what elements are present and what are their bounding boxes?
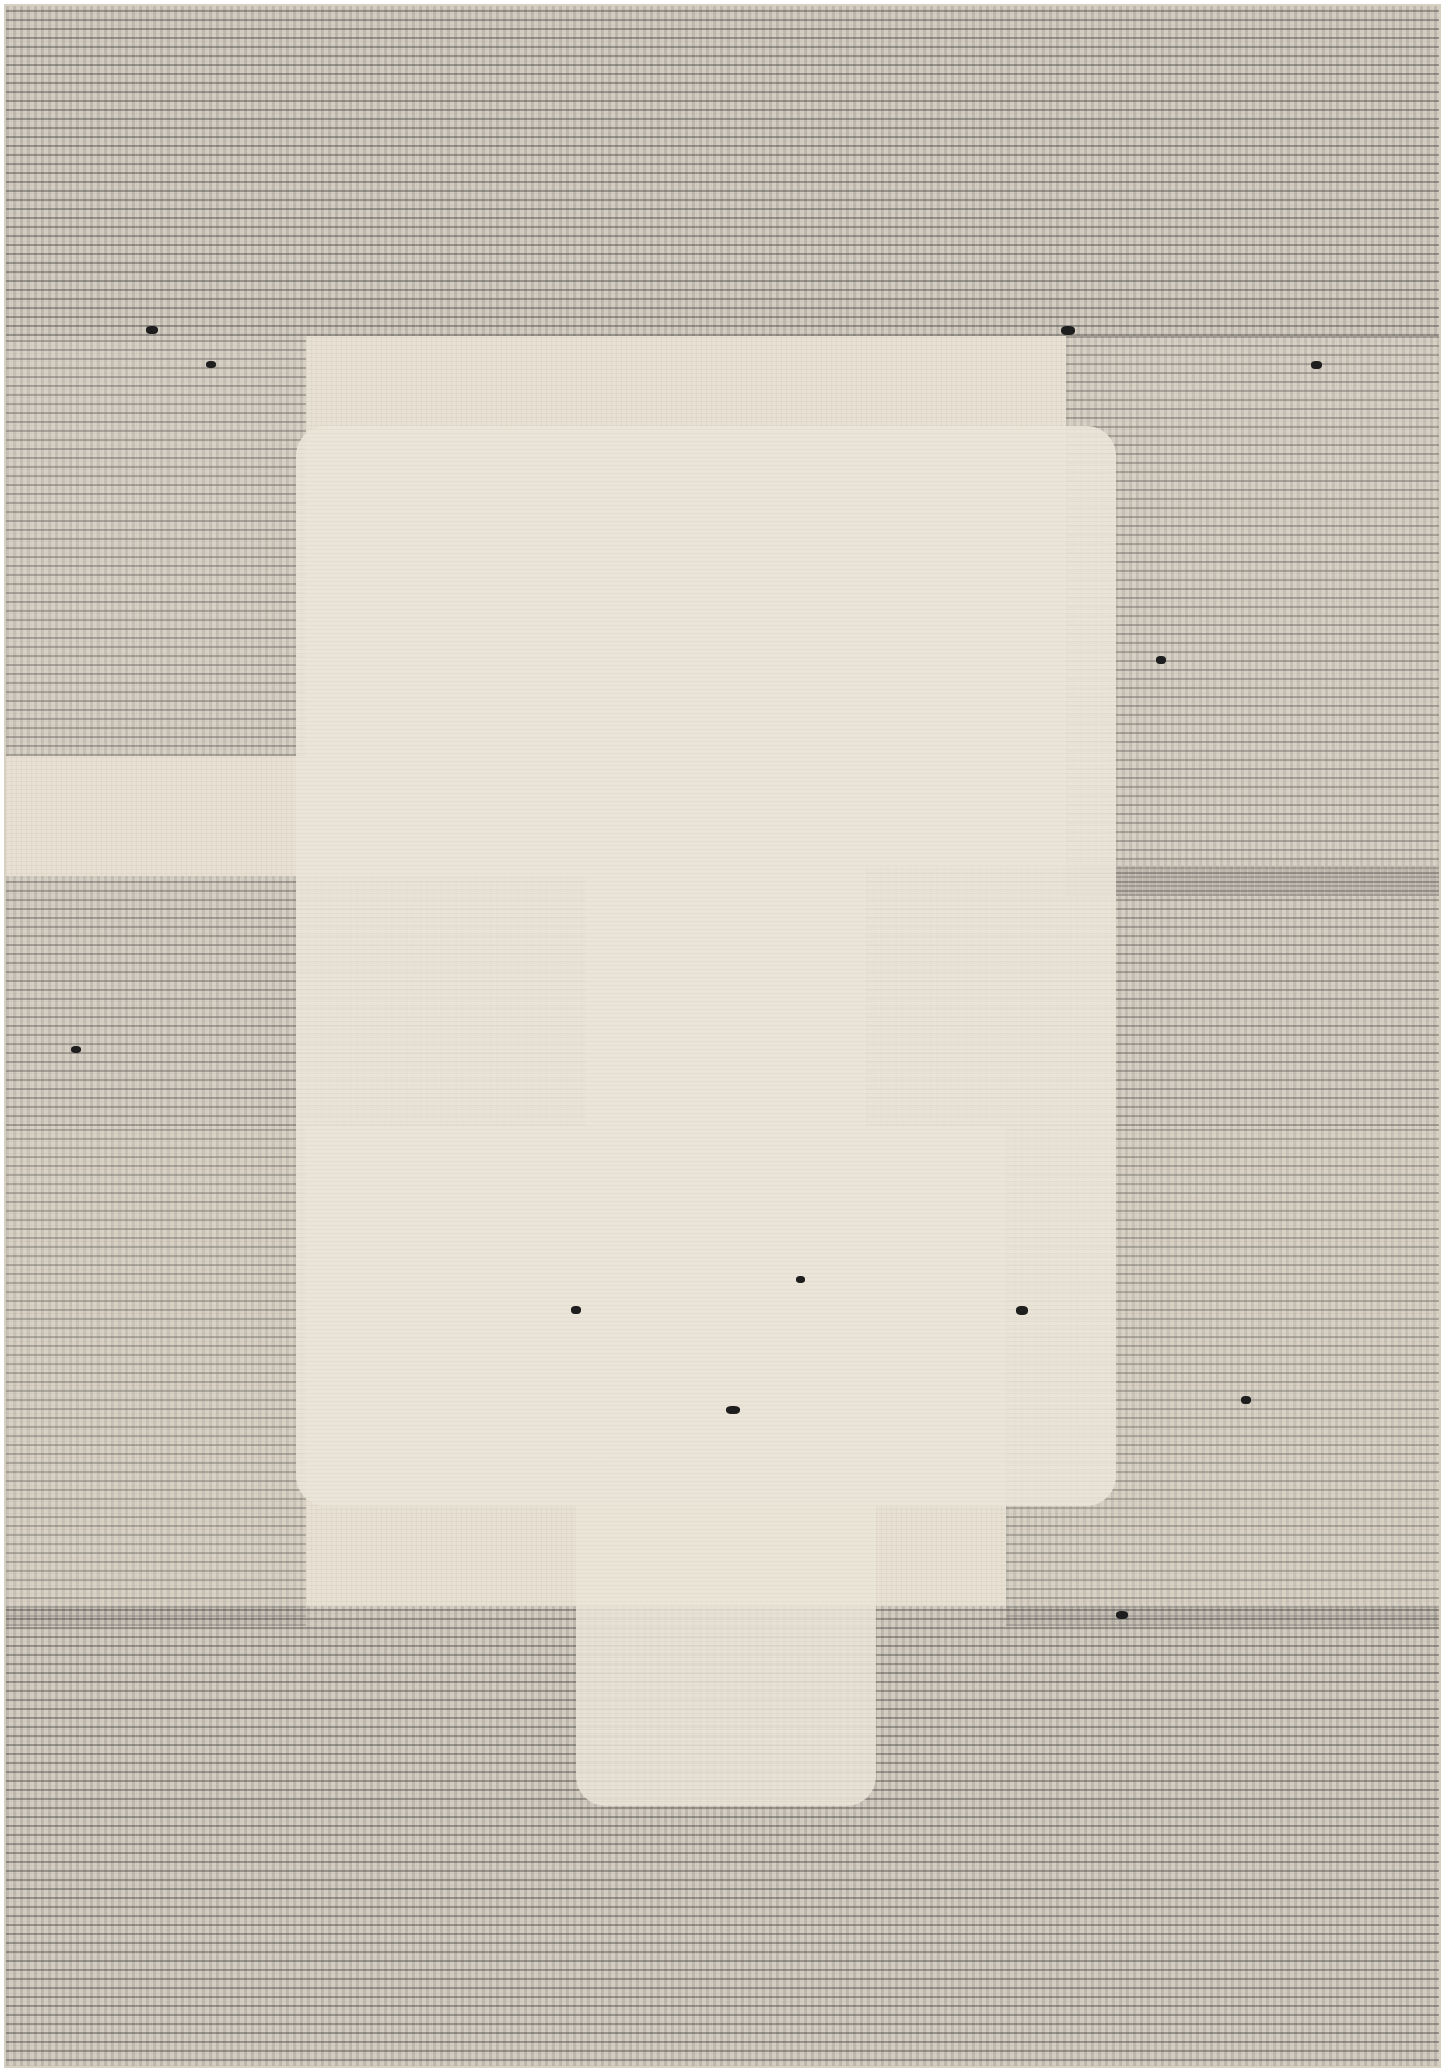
pattern-band-left-lower xyxy=(6,1126,306,1626)
center-field-lower xyxy=(576,1456,876,1806)
rug xyxy=(4,4,1441,2068)
speck xyxy=(1311,361,1322,369)
speck xyxy=(1061,326,1075,335)
speck xyxy=(1241,1396,1251,1404)
speck xyxy=(1116,1611,1128,1619)
speck xyxy=(71,1046,81,1053)
speck xyxy=(571,1306,581,1314)
pattern-band-top xyxy=(6,6,1439,336)
speck xyxy=(206,361,216,368)
pattern-band-left-upper xyxy=(6,336,306,756)
speck xyxy=(796,1276,805,1283)
speck xyxy=(726,1406,740,1414)
speck xyxy=(1016,1306,1028,1315)
speck xyxy=(146,326,158,334)
speck xyxy=(1156,656,1166,664)
pattern-band-right-upper xyxy=(1066,336,1441,896)
center-field xyxy=(296,426,1116,1506)
